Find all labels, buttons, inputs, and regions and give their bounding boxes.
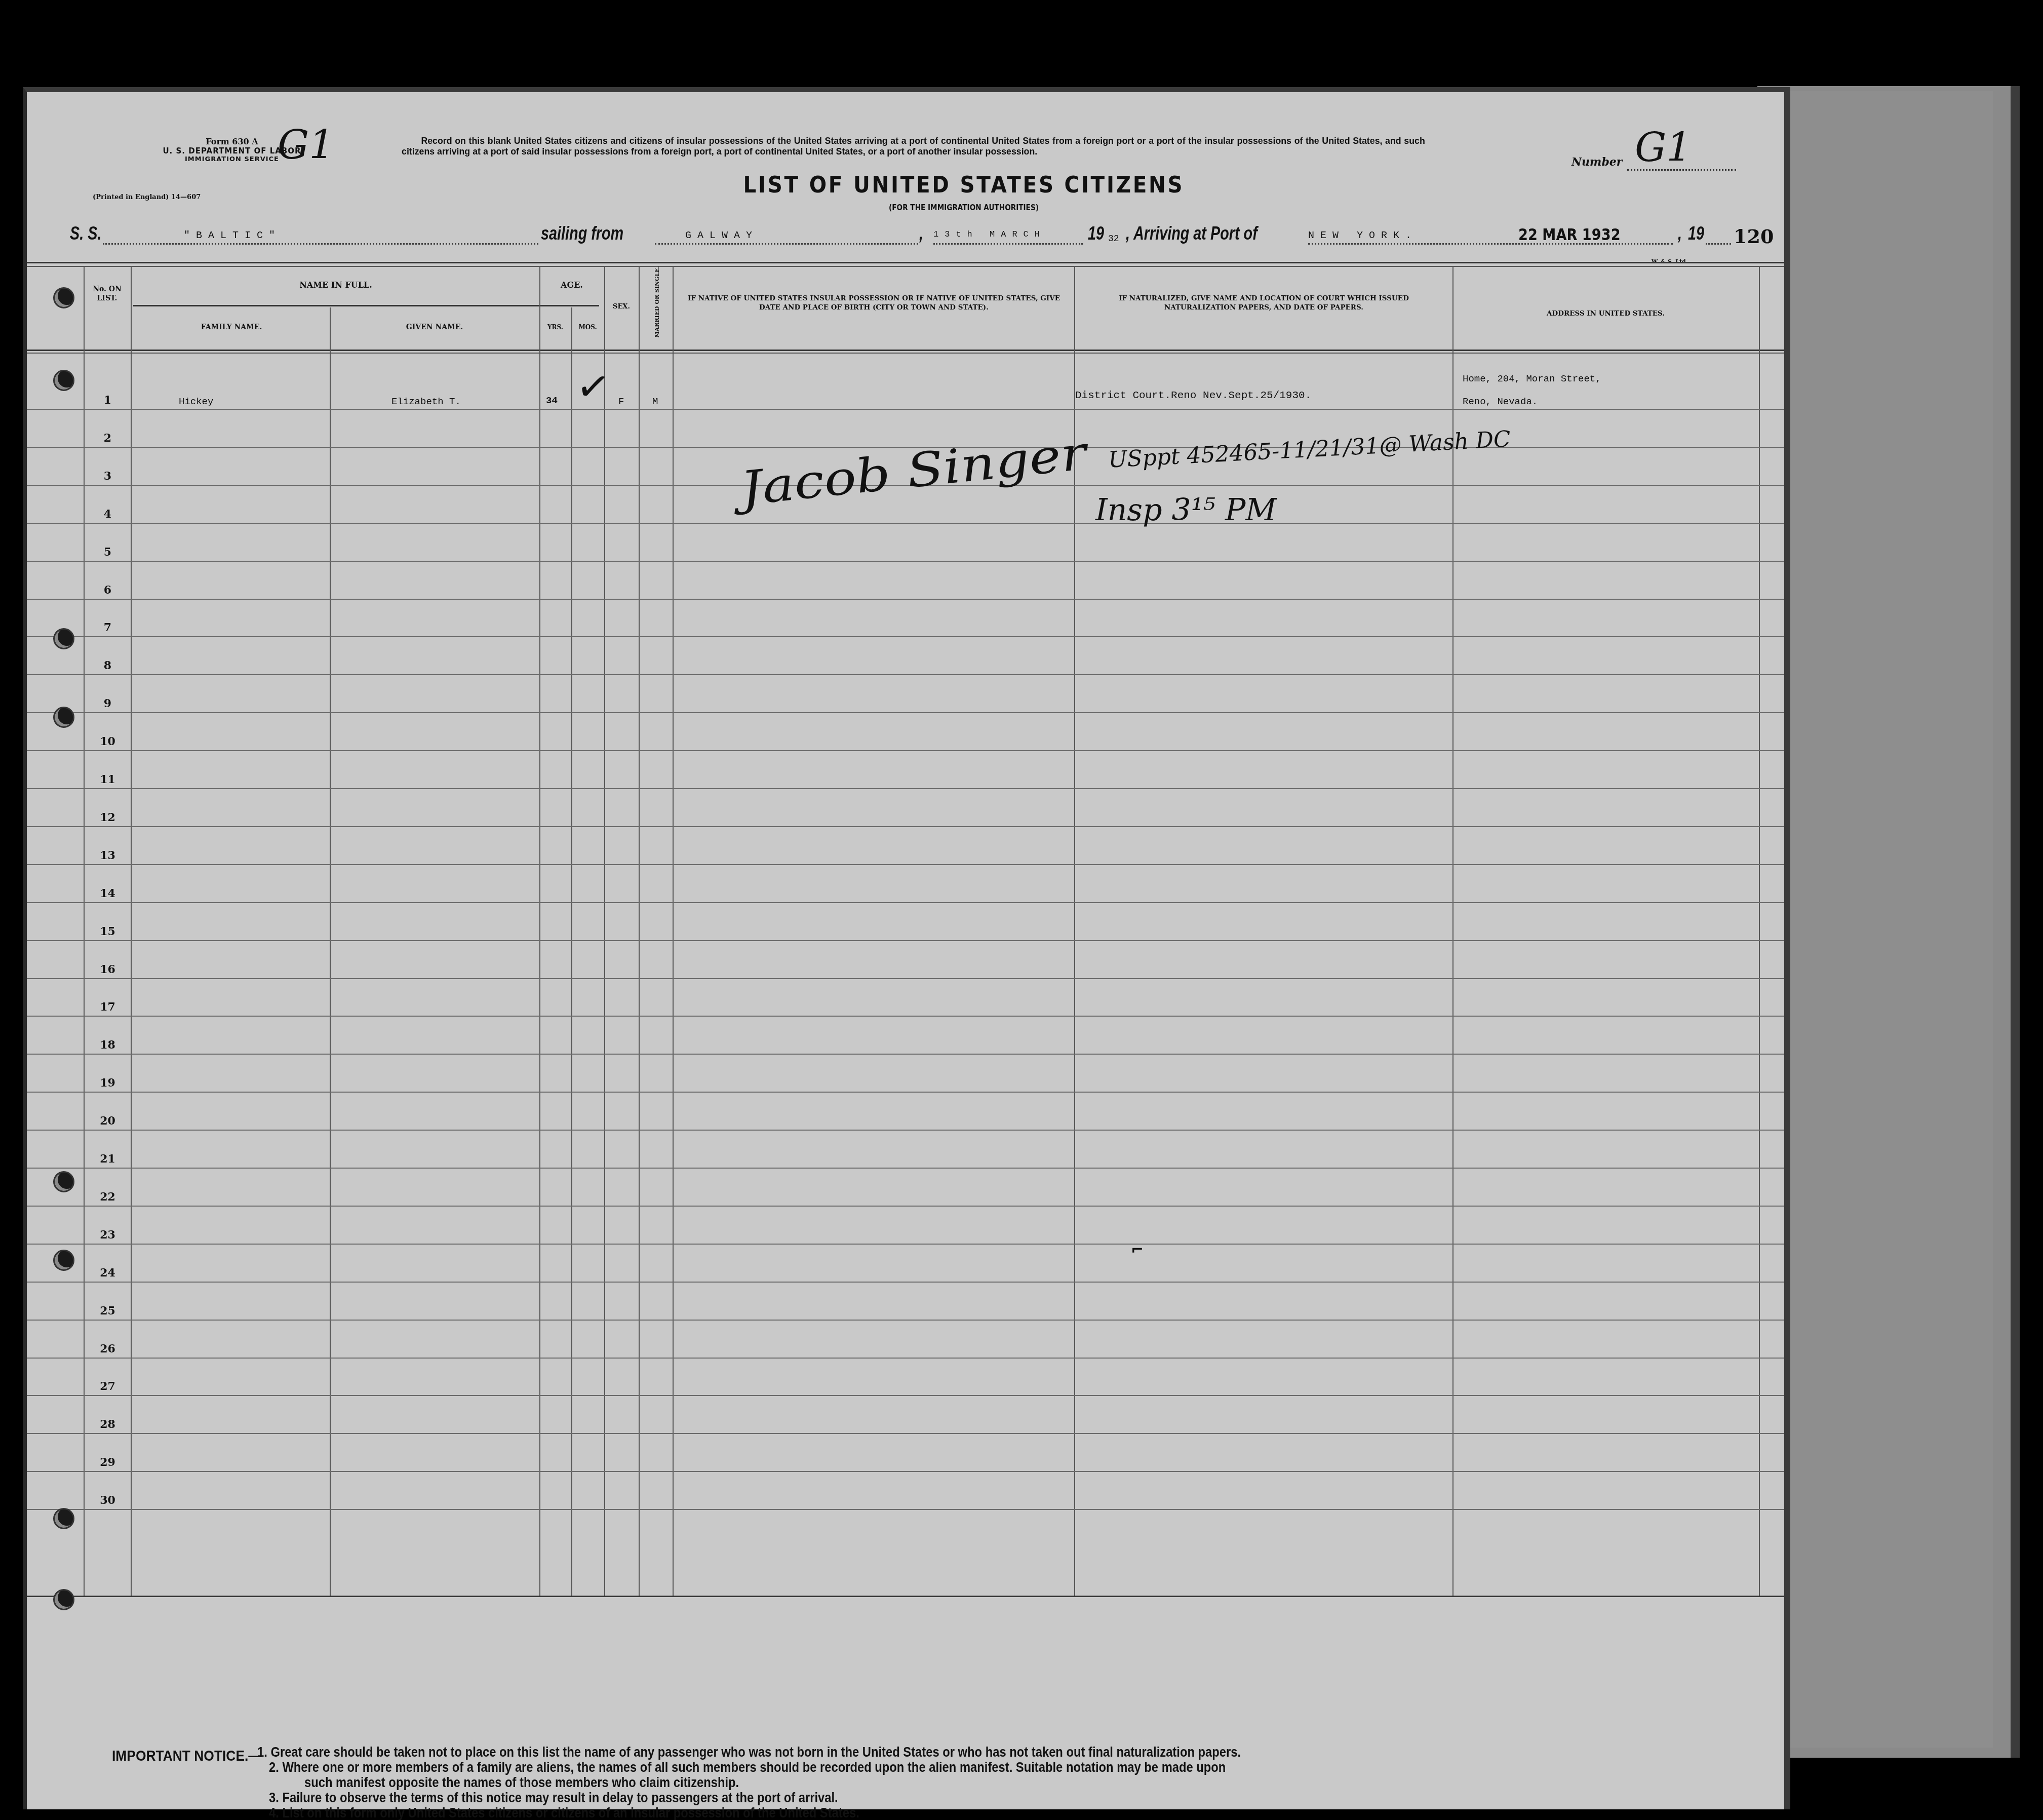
row-rule bbox=[27, 674, 1784, 675]
row-number: 15 bbox=[84, 925, 132, 938]
ship-name: "BALTIC" bbox=[184, 230, 281, 242]
row-rule bbox=[27, 1206, 1784, 1207]
row-rule bbox=[27, 1509, 1784, 1510]
header-married-or-single: MARRIED OR SINGLE. bbox=[653, 264, 662, 340]
row-rule bbox=[27, 1282, 1784, 1283]
notice-item-4: 4. List on this form only United States … bbox=[269, 1805, 859, 1820]
row-number: 30 bbox=[84, 1494, 132, 1507]
year-prefix: 19 bbox=[1088, 223, 1104, 244]
row-number: 21 bbox=[84, 1152, 132, 1166]
list-number: 120 bbox=[1734, 225, 1774, 248]
row-rule bbox=[27, 1358, 1784, 1359]
arriving-label: , Arriving at Port of bbox=[1126, 223, 1258, 244]
row-number: 6 bbox=[84, 584, 132, 597]
notice-label: IMPORTANT NOTICE.— bbox=[112, 1748, 262, 1765]
row-number: 25 bbox=[84, 1304, 132, 1318]
ink-mark: ⌐ bbox=[1131, 1241, 1144, 1259]
notice-item-2: 2. Where one or more members of a family… bbox=[269, 1760, 1226, 1775]
row-number: 14 bbox=[84, 887, 132, 900]
header-name-in-full: NAME IN FULL. bbox=[133, 281, 538, 290]
entry-age-years: 34 bbox=[546, 395, 558, 406]
row-number: 10 bbox=[84, 735, 132, 748]
row-rule bbox=[27, 750, 1784, 751]
row-number: 16 bbox=[84, 963, 132, 976]
checkmark-icon: ✓ bbox=[573, 361, 613, 412]
notice-item-2-cont: such manifest opposite the names of thos… bbox=[304, 1775, 739, 1791]
row-number: 2 bbox=[84, 432, 132, 445]
col-line-yrs bbox=[571, 307, 572, 1596]
sailing-date: 13th MARCH bbox=[933, 230, 1046, 240]
row-number: 9 bbox=[84, 697, 132, 710]
page-subtitle: (FOR THE IMMIGRATION AUTHORITIES) bbox=[813, 203, 1115, 212]
row-number: 23 bbox=[84, 1228, 132, 1242]
ship-name-line bbox=[103, 243, 538, 245]
header-age-yrs: YRS. bbox=[539, 323, 571, 332]
comma-separator-2: , bbox=[1678, 223, 1682, 244]
header-bottom-rule bbox=[27, 350, 1784, 351]
header-address: ADDRESS IN UNITED STATES. bbox=[1460, 309, 1751, 318]
underlying-page-inner bbox=[1785, 91, 1993, 1748]
handwritten-number: G1 bbox=[1635, 125, 1692, 171]
row-rule bbox=[27, 1471, 1784, 1472]
row-number: 26 bbox=[84, 1342, 132, 1356]
sailing-date-line bbox=[933, 243, 1083, 245]
row-rule bbox=[27, 1244, 1784, 1245]
handwritten-code-left: G1 bbox=[278, 123, 334, 168]
comma-separator: , bbox=[919, 223, 923, 244]
handwritten-inspection-time: Insp 3¹⁵ PM bbox=[1095, 492, 1277, 528]
row-rule bbox=[27, 788, 1784, 789]
entry-address-line2: Reno, Nevada. bbox=[1463, 396, 1538, 407]
header-bottom-rule-2 bbox=[27, 353, 1784, 354]
row-rule bbox=[27, 1016, 1784, 1017]
header-naturalized: IF NATURALIZED, GIVE NAME AND LOCATION O… bbox=[1083, 294, 1445, 312]
row-number: 13 bbox=[84, 849, 132, 862]
row-rule bbox=[27, 978, 1784, 979]
row-rule bbox=[27, 1130, 1784, 1131]
page-title: LIST OF UNITED STATES CITIZENS bbox=[684, 172, 1243, 198]
row-rule bbox=[27, 599, 1784, 600]
sailing-from-label: sailing from bbox=[541, 223, 623, 244]
punch-hole bbox=[53, 707, 74, 728]
row-number: 1 bbox=[84, 394, 132, 407]
punch-hole bbox=[53, 1250, 74, 1271]
row-rule bbox=[27, 902, 1784, 903]
entry-sex: F bbox=[618, 396, 624, 407]
entry-naturalization-court: District Court.Reno Nev.Sept.25/1930. bbox=[1075, 390, 1311, 402]
row-number: 3 bbox=[84, 470, 132, 483]
row-number: 12 bbox=[84, 811, 132, 824]
row-number: 5 bbox=[84, 546, 132, 559]
row-number: 27 bbox=[84, 1380, 132, 1393]
header-family-name: FAMILY NAME. bbox=[133, 323, 330, 332]
punch-hole bbox=[53, 1508, 74, 1529]
header-given-name: GIVEN NAME. bbox=[330, 323, 539, 332]
header-age-mos: MOS. bbox=[571, 323, 604, 332]
notice-item-3: 3. Failure to observe the terms of this … bbox=[269, 1790, 838, 1806]
row-number: 4 bbox=[84, 508, 132, 521]
number-label: Number bbox=[1571, 156, 1622, 169]
sailing-from-port: GALWAY bbox=[685, 230, 758, 242]
row-rule bbox=[27, 409, 1784, 410]
list-number-line bbox=[1706, 243, 1731, 245]
header-no-on-list: No. ON LIST. bbox=[84, 285, 131, 303]
row-rule bbox=[27, 561, 1784, 562]
punch-hole bbox=[53, 1171, 74, 1192]
row-number: 8 bbox=[84, 659, 132, 672]
handwritten-passport-note: USppt 452465-11/21/31@ Wash DC bbox=[1108, 426, 1511, 473]
punch-hole bbox=[53, 1589, 74, 1610]
table-top-rule-2 bbox=[27, 266, 1784, 267]
row-rule bbox=[27, 1433, 1784, 1434]
row-rule bbox=[27, 1395, 1784, 1396]
row-number: 22 bbox=[84, 1190, 132, 1204]
punch-hole bbox=[53, 628, 74, 649]
row-rule bbox=[27, 636, 1784, 637]
entry-marital-status: M bbox=[652, 396, 658, 407]
entry-family-name: Hickey bbox=[179, 396, 213, 407]
inspector-signature: Jacob Singer bbox=[738, 426, 1089, 516]
name-age-divider bbox=[133, 305, 599, 306]
sailing-year: 32 bbox=[1108, 234, 1119, 244]
row-number: 24 bbox=[84, 1266, 132, 1280]
row-number: 29 bbox=[84, 1456, 132, 1469]
punch-hole bbox=[53, 287, 74, 308]
row-rule bbox=[27, 1320, 1784, 1321]
ss-label: S. S. bbox=[70, 223, 101, 244]
table-bottom-rule bbox=[27, 1596, 1784, 1597]
row-number: 11 bbox=[84, 773, 132, 786]
row-number: 7 bbox=[84, 621, 132, 634]
header-sex: SEX. bbox=[604, 302, 639, 312]
row-rule bbox=[27, 864, 1784, 865]
header-native-birth: IF NATIVE OF UNITED STATES INSULAR POSSE… bbox=[683, 294, 1065, 312]
printed-note: (Printed in England) 14—607 bbox=[93, 193, 201, 201]
manifest-page: Form 630 A U. S. DEPARTMENT OF LABOR IMM… bbox=[23, 87, 1790, 1809]
row-rule bbox=[27, 712, 1784, 713]
table-top-rule bbox=[27, 262, 1784, 263]
row-rule bbox=[27, 940, 1784, 941]
notice-item-1: 1. Great care should be taken not to pla… bbox=[257, 1745, 1241, 1760]
row-rule bbox=[27, 1168, 1784, 1169]
entry-given-name: Elizabeth T. bbox=[391, 396, 461, 407]
instructions-text: Record on this blank United States citiz… bbox=[402, 135, 1425, 157]
punch-hole bbox=[53, 370, 74, 391]
row-rule bbox=[27, 523, 1784, 524]
row-number: 19 bbox=[84, 1076, 132, 1090]
arrival-date-stamp: 22 MAR 1932 bbox=[1518, 225, 1621, 244]
row-rule bbox=[27, 1092, 1784, 1093]
year-prefix-2: 19 bbox=[1688, 223, 1704, 244]
entry-address-line1: Home, 204, Moran Street, bbox=[1463, 373, 1601, 384]
header-age: AGE. bbox=[539, 281, 604, 290]
row-number: 28 bbox=[84, 1418, 132, 1431]
row-rule bbox=[27, 826, 1784, 827]
row-rule bbox=[27, 1054, 1784, 1055]
arrival-port: NEW YORK. bbox=[1308, 230, 1418, 242]
row-number: 20 bbox=[84, 1114, 132, 1128]
row-number: 17 bbox=[84, 1000, 132, 1014]
sailing-from-line bbox=[655, 243, 918, 245]
col-line-family bbox=[330, 307, 331, 1596]
row-number: 18 bbox=[84, 1038, 132, 1052]
